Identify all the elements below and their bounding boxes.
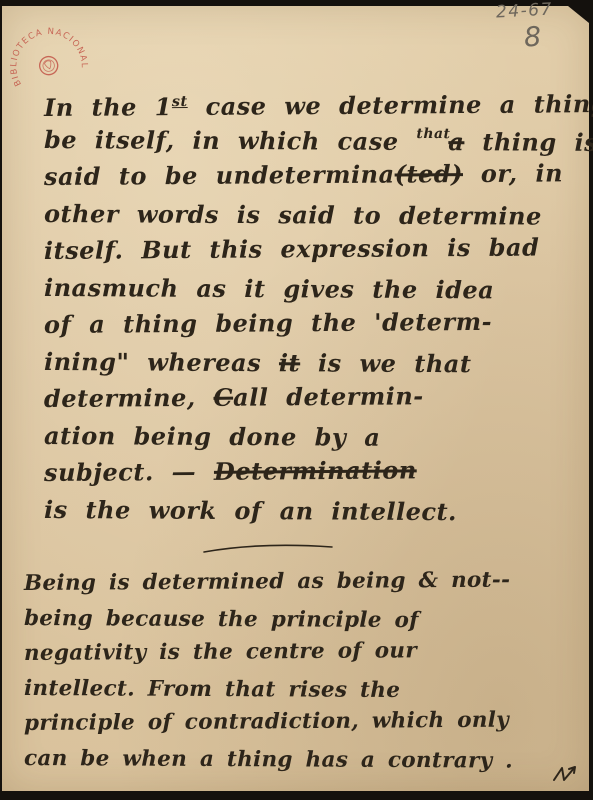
section-divider bbox=[200, 540, 340, 556]
manuscript-line: itself. But this expression is bad bbox=[44, 228, 593, 269]
manuscript-line: can be when a thing has a contrary . bbox=[24, 741, 593, 779]
squiggle-arrow-icon bbox=[551, 764, 579, 786]
manuscript-line: In the 1st case we determine a thing bbox=[44, 80, 593, 121]
library-crest-icon bbox=[37, 54, 60, 77]
manuscript-line: Being is determined as being & not-- bbox=[24, 562, 593, 601]
manuscript-text: In the 1st case we determine a thingbe i… bbox=[0, 84, 593, 776]
manuscript-line: determine, Call determin- bbox=[44, 376, 593, 417]
corner-number: 24-67 bbox=[496, 0, 554, 22]
manuscript-line: negativity is the centre of our bbox=[24, 632, 593, 671]
scanned-manuscript-page: { "annotations": { "corner_number": "24-… bbox=[0, 0, 593, 800]
manuscript-line: principle of contradiction, which only bbox=[24, 702, 593, 741]
manuscript-line: said to be undetermina(ted) or, in bbox=[44, 154, 593, 195]
manuscript-line: subject. — Determination bbox=[44, 450, 593, 491]
manuscript-line: of a thing being the 'determ- bbox=[44, 302, 593, 343]
paragraph-2: Being is determined as being & not--bein… bbox=[0, 566, 593, 776]
page-number: 8 bbox=[523, 21, 542, 53]
paragraph-1: In the 1st case we determine a thingbe i… bbox=[0, 84, 593, 528]
manuscript-line: is the work of an intellect. bbox=[44, 491, 593, 531]
